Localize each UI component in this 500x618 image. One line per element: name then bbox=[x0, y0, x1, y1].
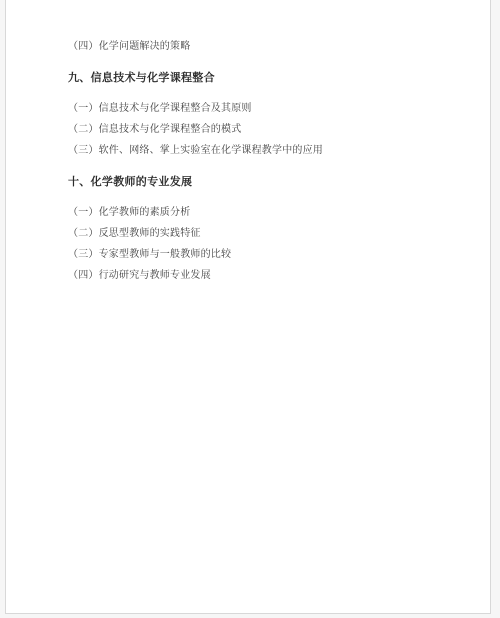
section-heading-nine: 九、信息技术与化学课程整合 bbox=[68, 73, 470, 84]
toc-item: （一）信息技术与化学课程整合及其原则 bbox=[68, 104, 470, 114]
toc-item: （四）化学问题解决的策略 bbox=[68, 42, 470, 52]
toc-item: （四）行动研究与教师专业发展 bbox=[68, 271, 470, 281]
toc-item: （二）信息技术与化学课程整合的模式 bbox=[68, 125, 470, 135]
toc-item: （三）专家型教师与一般教师的比较 bbox=[68, 250, 470, 260]
document-viewer[interactable]: （四）化学问题解决的策略 九、信息技术与化学课程整合 （一）信息技术与化学课程整… bbox=[0, 0, 500, 618]
toc-item: （二）反思型教师的实践特征 bbox=[68, 229, 470, 239]
section-heading-ten: 十、化学教师的专业发展 bbox=[68, 177, 470, 188]
toc-item: （一）化学教师的素质分析 bbox=[68, 208, 470, 218]
toc-item: （三）软件、网络、掌上实验室在化学课程教学中的应用 bbox=[68, 146, 470, 156]
document-page: （四）化学问题解决的策略 九、信息技术与化学课程整合 （一）信息技术与化学课程整… bbox=[5, 0, 491, 614]
page-content: （四）化学问题解决的策略 九、信息技术与化学课程整合 （一）信息技术与化学课程整… bbox=[6, 0, 490, 281]
